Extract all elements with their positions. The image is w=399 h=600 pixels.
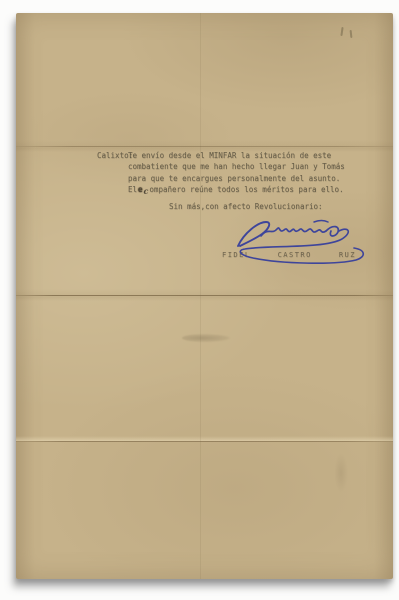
fold-line-middle: [16, 295, 393, 296]
body-line: combatiente que me han hecho llegar Juan…: [128, 161, 367, 172]
closing-line: Sin más,con afecto Revolucionario:: [169, 201, 367, 212]
fold-line-bottom: [16, 441, 393, 442]
fidel-castro-signature: [228, 218, 368, 270]
body-line-with-correction: Elecompañero reúne todos los méritos par…: [128, 184, 367, 195]
fold-line-top: [16, 146, 393, 147]
body-line: para que te encargues personalmente del …: [128, 173, 367, 184]
faint-smudge: [182, 334, 230, 342]
letter-body: Calixto: Te envío desde el MINFAR la sit…: [97, 150, 367, 212]
handwritten-correction: c: [144, 186, 149, 197]
vertical-fold-line: [200, 13, 201, 579]
faint-stain: [334, 453, 348, 493]
salutation: Calixto:: [97, 150, 133, 161]
photo-background: Calixto: Te envío desde el MINFAR la sit…: [0, 0, 399, 600]
pencil-mark: [350, 30, 352, 38]
pencil-mark: [340, 27, 343, 36]
struck-typo: e: [138, 184, 143, 195]
letter-document: Calixto: Te envío desde el MINFAR la sit…: [16, 13, 393, 579]
body-line: Te envío desde el MINFAR la situación de…: [128, 150, 367, 161]
